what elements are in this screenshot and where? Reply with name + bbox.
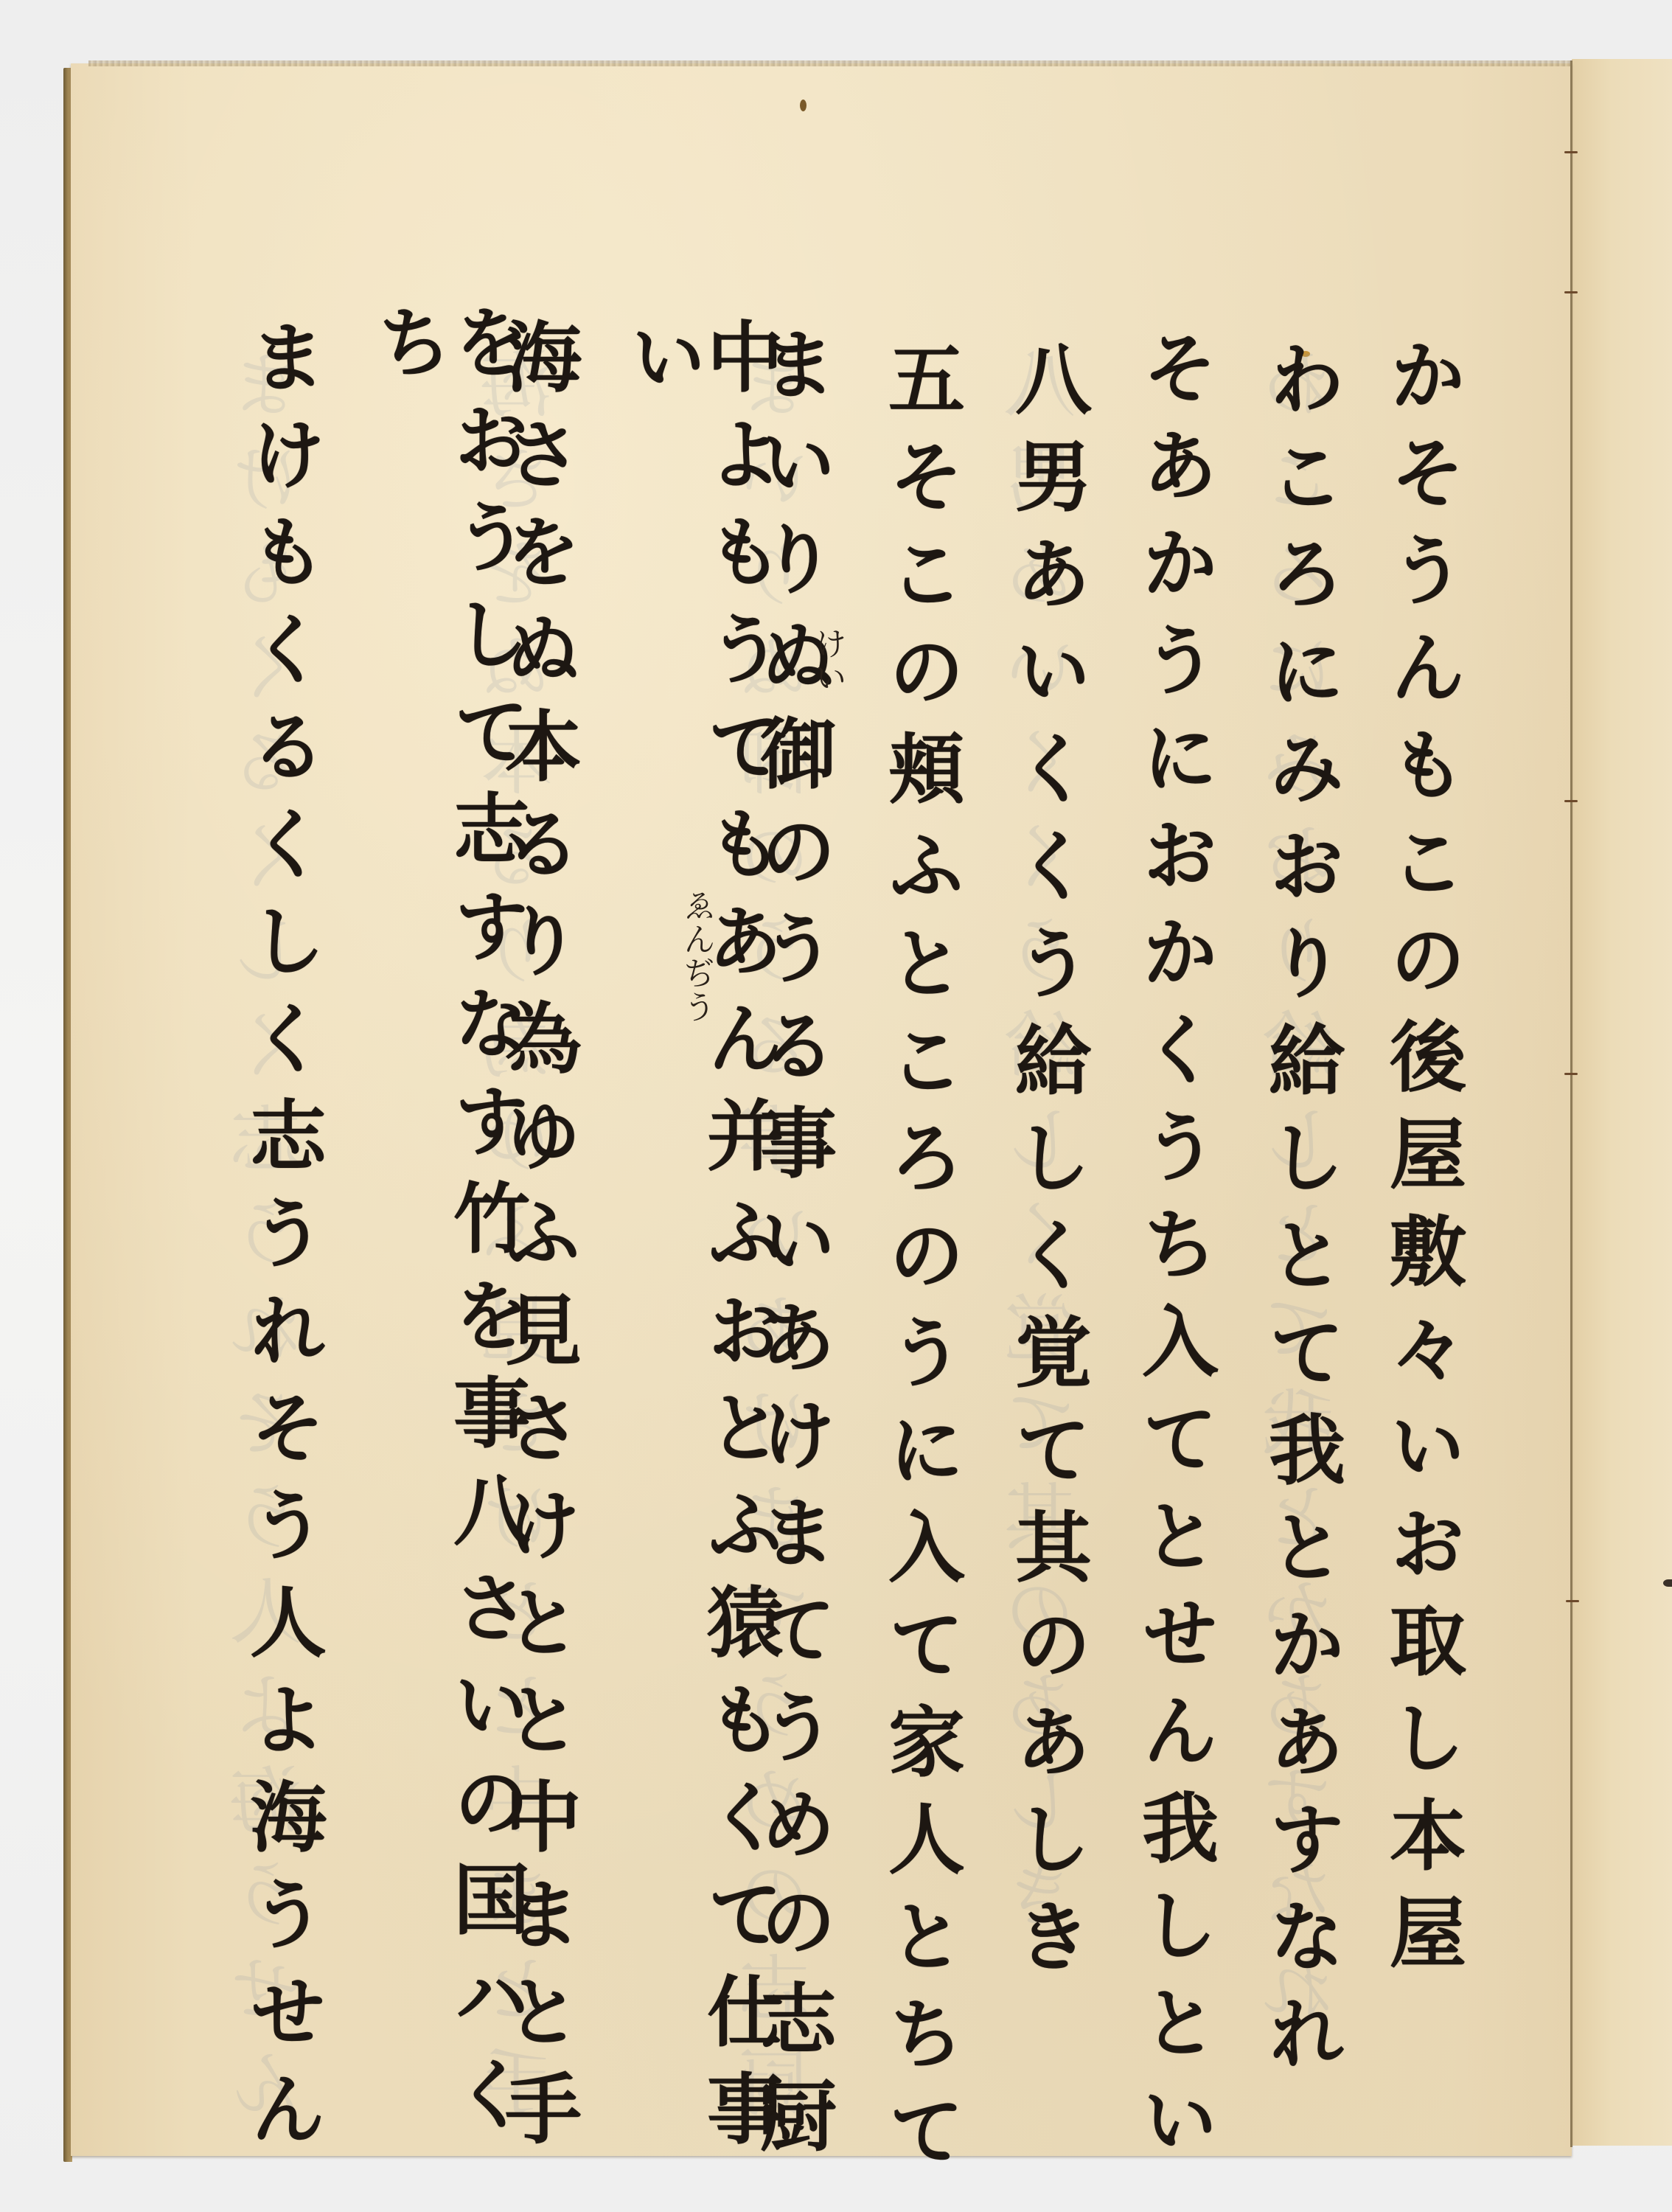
binding-stitch xyxy=(1564,800,1578,802)
text-column-9: をおうして志すなす竹を事八さいの国ハくち xyxy=(370,302,523,2212)
binding-stitch xyxy=(1566,1600,1579,1602)
text-column-7: 中よもうてもあん并ふおとふ猿もくて仕事い xyxy=(624,317,777,2212)
binding-stitch xyxy=(1564,1073,1578,1075)
furigana-gloss: けい xyxy=(811,627,843,695)
text-column-3: そあかうにおかくうち入てとせん我しとい xyxy=(1135,328,1212,2177)
binding-stitch xyxy=(1564,151,1578,153)
text-column-1: かそうんもこの後屋敷々いお取し本屋 xyxy=(1383,335,1460,1990)
paper-stain xyxy=(800,100,807,111)
facing-page xyxy=(1572,59,1672,2146)
book-spine-fold xyxy=(1570,60,1572,2147)
text-column-4: 八男あいくくう給しく覚て其のあしき xyxy=(1009,339,1085,1994)
text-column-2: わころにみおり給しとて我とかあすなれ xyxy=(1262,339,1339,2091)
text-column-10: まけもくるくしく志うれそう人よ海うせん xyxy=(243,317,320,2166)
page-edge-mark xyxy=(1663,1579,1672,1587)
binding-stitch xyxy=(1564,291,1578,293)
page-top-edge xyxy=(88,60,1570,66)
text-column-5: 五そこの頬ふところのうに入て家人とちて xyxy=(882,339,958,2188)
furigana-gloss: ゑんぢう xyxy=(680,888,712,1024)
